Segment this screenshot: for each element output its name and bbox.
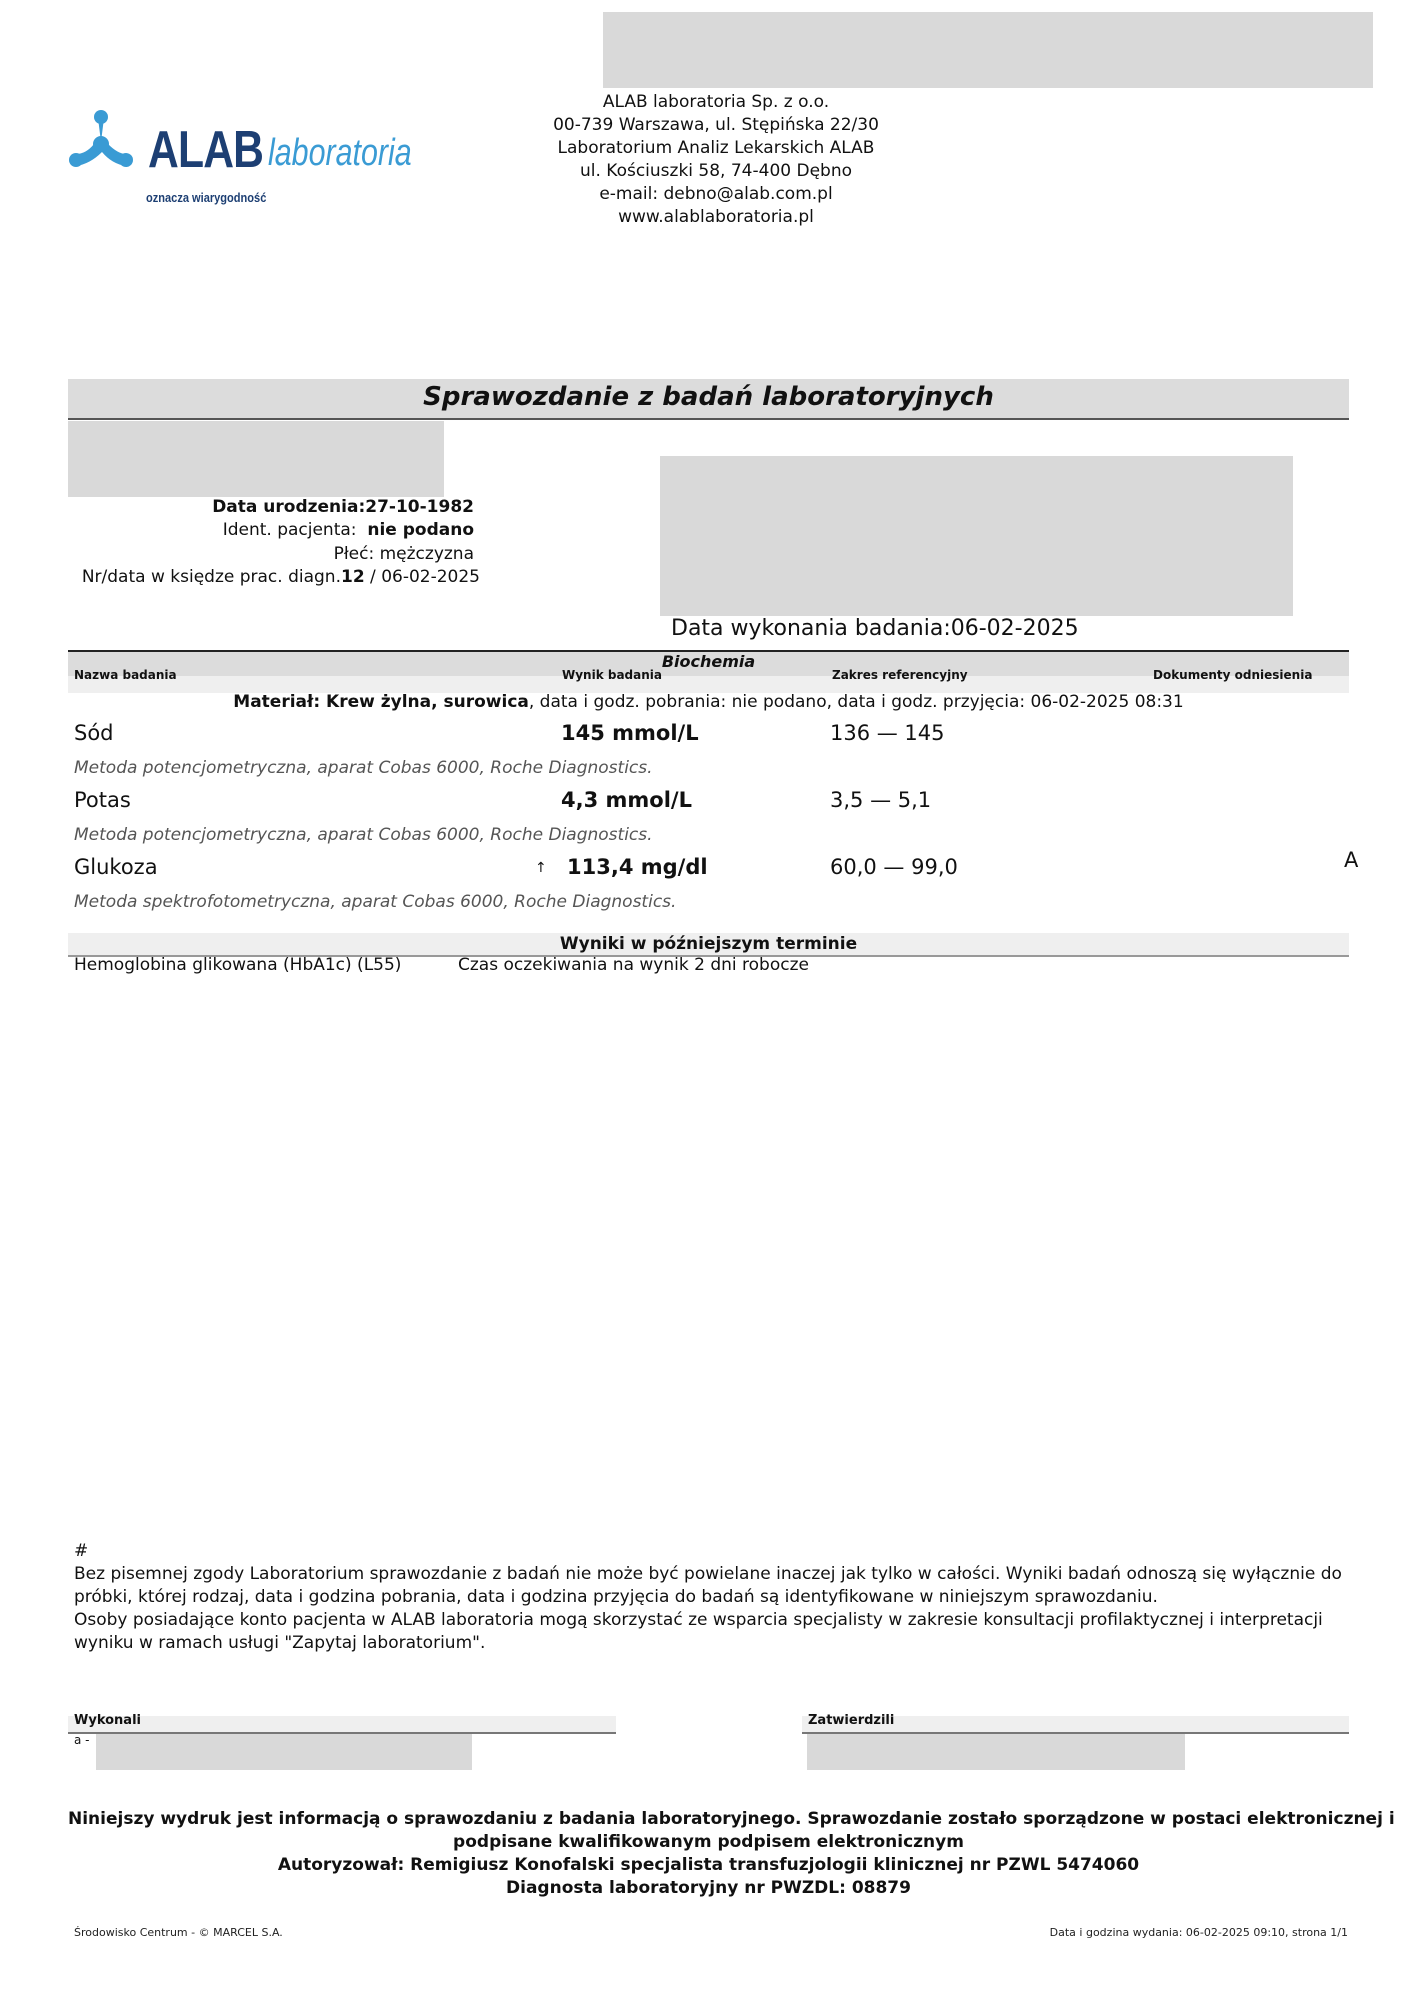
electronic-signature-notice: Niniejszy wydruk jest informacją o spraw… — [68, 1808, 1349, 1900]
address-line: Laboratorium Analiz Lekarskich ALAB — [520, 137, 912, 160]
later-results-title: Wyniki w późniejszym terminie — [68, 934, 1349, 954]
redacted-approved-by — [807, 1734, 1185, 1770]
report-title: Sprawozdanie z badań laboratoryjnych — [68, 382, 1349, 412]
disclaimer: # Bez pisemnej zgody Laboratorium sprawo… — [74, 1540, 1354, 1655]
performed-by-band: Wykonali — [68, 1716, 616, 1734]
test-result: 113,4 mg/dl — [567, 855, 708, 879]
diagnostic-book-entry: Nr/data w księdze prac. diagn.12 / 06-02… — [82, 567, 480, 587]
performed-by-prefix: a - — [74, 1733, 90, 1747]
logo-tagline: oznacza wiarygodność — [146, 190, 266, 205]
address-line: 00-739 Warszawa, ul. Stępińska 22/30 — [520, 114, 912, 137]
column-header-name: Nazwa badania — [74, 668, 177, 682]
footer-line: Diagnosta laboratoryjny nr PWZDL: 08879 — [68, 1877, 1349, 1900]
logo-subbrand: laboratoria — [268, 132, 412, 175]
redacted-patient-name — [68, 421, 444, 497]
disclaimer-paragraph: Osoby posiadające konto pacjenta w ALAB … — [74, 1609, 1354, 1655]
address-website: www.alablaboratoria.pl — [520, 206, 912, 229]
sex-value: mężczyzna — [380, 544, 474, 564]
pending-test-info: Czas oczekiwania na wynik 2 dni robocze — [458, 955, 809, 975]
ident-value: nie podano — [367, 520, 474, 540]
approved-by-band: Zatwierdzili — [802, 1716, 1349, 1734]
footer-line: podpisane kwalifikowanym podpisem elektr… — [68, 1831, 1349, 1854]
address-line: ul. Kościuszki 58, 74-400 Dębno — [520, 160, 912, 183]
birth-date: Data urodzenia:27-10-1982 — [212, 497, 474, 517]
exam-date-value: 06-02-2025 — [951, 616, 1079, 641]
disclaimer-paragraph: Bez pisemnej zgody Laboratorium sprawozd… — [74, 1563, 1354, 1609]
birth-date-value: 27-10-1982 — [365, 497, 474, 517]
arrow-up-icon: ↑ — [535, 860, 547, 876]
issue-date-page: Data i godzina wydania: 06-02-2025 09:10… — [1050, 1926, 1348, 1939]
reference-document: A — [1344, 848, 1358, 872]
report-title-band: Sprawozdanie z badań laboratoryjnych — [68, 379, 1349, 420]
test-method: Metoda spektrofotometryczna, aparat Coba… — [74, 892, 676, 912]
redacted-performed-by — [96, 1734, 472, 1770]
test-name: Potas — [74, 788, 131, 812]
test-name: Sód — [74, 721, 114, 745]
column-header-range: Zakres referencyjny — [832, 668, 968, 682]
reference-range: 3,5 — 5,1 — [830, 788, 931, 812]
reference-range: 60,0 — 99,0 — [830, 855, 958, 879]
book-date: / 06-02-2025 — [365, 567, 480, 587]
book-label: Nr/data w księdze prac. diagn. — [82, 567, 341, 587]
lab-address: ALAB laboratoria Sp. z o.o. 00-739 Warsz… — [520, 91, 912, 229]
material-details: , data i godz. pobrania: nie podano, dat… — [529, 692, 1184, 712]
birth-date-label: Data urodzenia: — [212, 497, 365, 517]
pending-test-name: Hemoglobina glikowana (HbA1c) (L55) — [74, 955, 401, 975]
table-header: Nazwa badania Wynik badania Zakres refer… — [68, 676, 1349, 693]
material-info: Materiał: Krew żylna, surowica, data i g… — [68, 692, 1349, 712]
address-line: ALAB laboratoria Sp. z o.o. — [520, 91, 912, 114]
column-header-documents: Dokumenty odniesienia — [1153, 668, 1312, 682]
approved-by-label: Zatwierdzili — [808, 1713, 894, 1728]
disclaimer-marker: # — [74, 1540, 1354, 1563]
footer-line: Autoryzował: Remigiusz Konofalski specja… — [68, 1854, 1349, 1877]
exam-date-label: Data wykonania badania: — [671, 616, 951, 641]
system-credit: Środowisko Centrum - © MARCEL S.A. — [74, 1926, 283, 1939]
sex-label: Płeć: — [334, 544, 375, 564]
test-method: Metoda potencjometryczna, aparat Cobas 6… — [74, 758, 653, 778]
performed-by-label: Wykonali — [74, 1713, 141, 1728]
redacted-orderer-box — [660, 456, 1293, 616]
test-method: Metoda potencjometryczna, aparat Cobas 6… — [74, 825, 653, 845]
test-result: 4,3 mmol/L — [561, 788, 692, 812]
footer-line: Niniejszy wydruk jest informacją o spraw… — [68, 1808, 1349, 1831]
book-number: 12 — [341, 567, 365, 587]
later-results-band: Wyniki w późniejszym terminie — [68, 933, 1349, 957]
test-name: Glukoza — [74, 855, 158, 879]
column-header-result: Wynik badania — [562, 668, 662, 682]
address-email: e-mail: debno@alab.com.pl — [520, 183, 912, 206]
ident-label: Ident. pacjenta: — [223, 520, 357, 540]
patient-sex: Płeć: mężczyzna — [334, 544, 474, 564]
alab-logo: ALAB laboratoria oznacza wiarygodność — [68, 106, 408, 210]
test-result: 145 mmol/L — [561, 721, 699, 745]
patient-ident: Ident. pacjenta: nie podano — [223, 520, 474, 540]
material-type: Materiał: Krew żylna, surowica — [233, 692, 529, 712]
reference-range: 136 — 145 — [830, 721, 945, 745]
logo-brand: ALAB — [148, 120, 263, 180]
alab-logo-icon — [68, 108, 134, 174]
exam-date: Data wykonania badania:06-02-2025 — [671, 616, 1079, 641]
redacted-header-box — [603, 12, 1373, 88]
